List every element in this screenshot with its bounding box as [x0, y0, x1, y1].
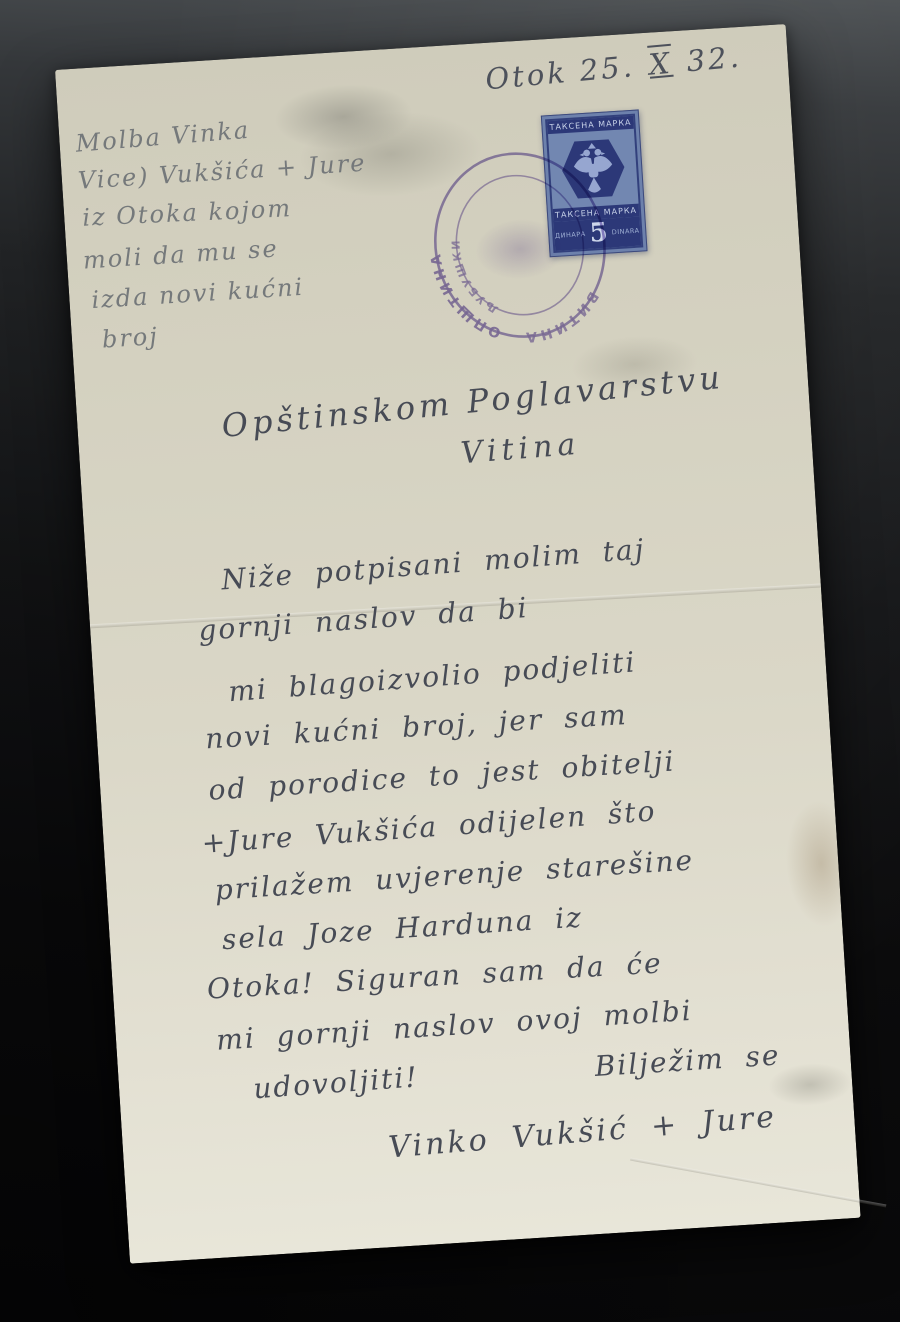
dateline: Otok 25. X 32.	[484, 40, 743, 97]
corner-crease	[630, 1158, 886, 1208]
address-place: Vitina	[460, 427, 582, 471]
office-oval-stamp: ОПШТИНА ВИТИНА ЉУБУШКИ	[408, 133, 631, 358]
svg-text:ОПШТИНА: ОПШТИНА	[426, 239, 506, 353]
document-paper: Molba Vinka Vice) Vukšića + Jure iz Otok…	[55, 24, 861, 1264]
dateline-year: 32.	[685, 40, 743, 79]
address-block: Opštinskom Poglavarstvu Vitina	[76, 361, 812, 494]
stamp-group: ТАКСЕНА МАРКА	[406, 92, 680, 338]
paragraph-2: mi blagoizvolio podjeliti novi kućni bro…	[201, 629, 812, 1115]
office-stamp-name-text: ОПШТИНА	[426, 239, 506, 353]
office-stamp-place-text: ВИТИНА	[514, 286, 609, 348]
address-recipient: Opštinskom Poglavarstvu	[220, 358, 725, 445]
closing-salute: Bilježim se	[593, 1030, 782, 1092]
letter-body: Niže potpisani molim taj gornji naslov d…	[194, 518, 816, 1181]
body-line-last: udovoljiti!	[252, 1052, 421, 1114]
pencil-annotation: Molba Vinka Vice) Vukšića + Jure iz Otok…	[74, 100, 418, 360]
dateline-place-day: Otok 25.	[484, 49, 636, 96]
svg-text:ВИТИНА: ВИТИНА	[514, 286, 609, 348]
dateline-month-roman: X	[645, 46, 676, 82]
